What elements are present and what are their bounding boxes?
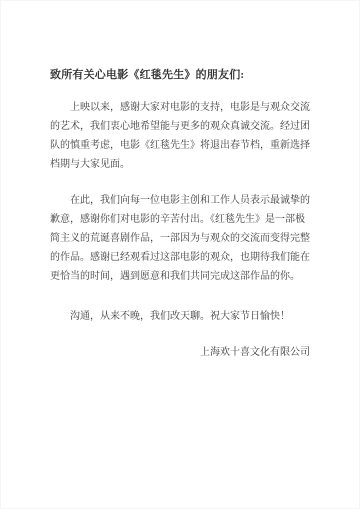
letter-line: 沟通，从来不晚，我们改天聊。祝大家节日愉快！: [50, 307, 310, 326]
letter-line: 歉意，感谢你们对电影的辛苦付出。《红毯先生》是一部极: [50, 210, 310, 229]
letter-line: 的作品。感谢已经观看过这部电影的观众，也期待我们能在: [50, 248, 310, 267]
letter-signature: 上海欢十喜文化有限公司: [50, 343, 310, 362]
letter-body: 致所有关心电影《红毯先生》的朋友们: 上映以来，感谢大家对电影的支持，电影是与观…: [0, 0, 360, 362]
letter-line: 的艺术，我们衷心地希望能与更多的观众真诚交流。经过团: [50, 117, 310, 136]
letter-paragraph-1: 上映以来，感谢大家对电影的支持，电影是与观众交流 的艺术，我们衷心地希望能与更多…: [50, 98, 310, 174]
letter-paragraph-3: 沟通，从来不晚，我们改天聊。祝大家节日愉快！: [50, 307, 310, 326]
letter-line: 在此，我们向每一位电影主创和工作人员表示最诚挚的: [50, 191, 310, 210]
letter-salutation: 致所有关心电影《红毯先生》的朋友们:: [50, 66, 310, 85]
letter-line: 档期与大家见面。: [50, 155, 310, 174]
letter-page: 致所有关心电影《红毯先生》的朋友们: 上映以来，感谢大家对电影的支持，电影是与观…: [0, 0, 360, 509]
letter-line: 上映以来，感谢大家对电影的支持，电影是与观众交流: [50, 98, 310, 117]
letter-line: 队的慎重考虑，电影《红毯先生》将退出春节档，重新选择: [50, 136, 310, 155]
letter-line: 更恰当的时间，遇到愿意和我们共同完成这部作品的你。: [50, 267, 310, 286]
letter-paragraph-2: 在此，我们向每一位电影主创和工作人员表示最诚挚的 歉意，感谢你们对电影的辛苦付出…: [50, 191, 310, 286]
letter-line: 简主义的荒诞喜剧作品，一部因为与观众的交流而变得完整: [50, 229, 310, 248]
